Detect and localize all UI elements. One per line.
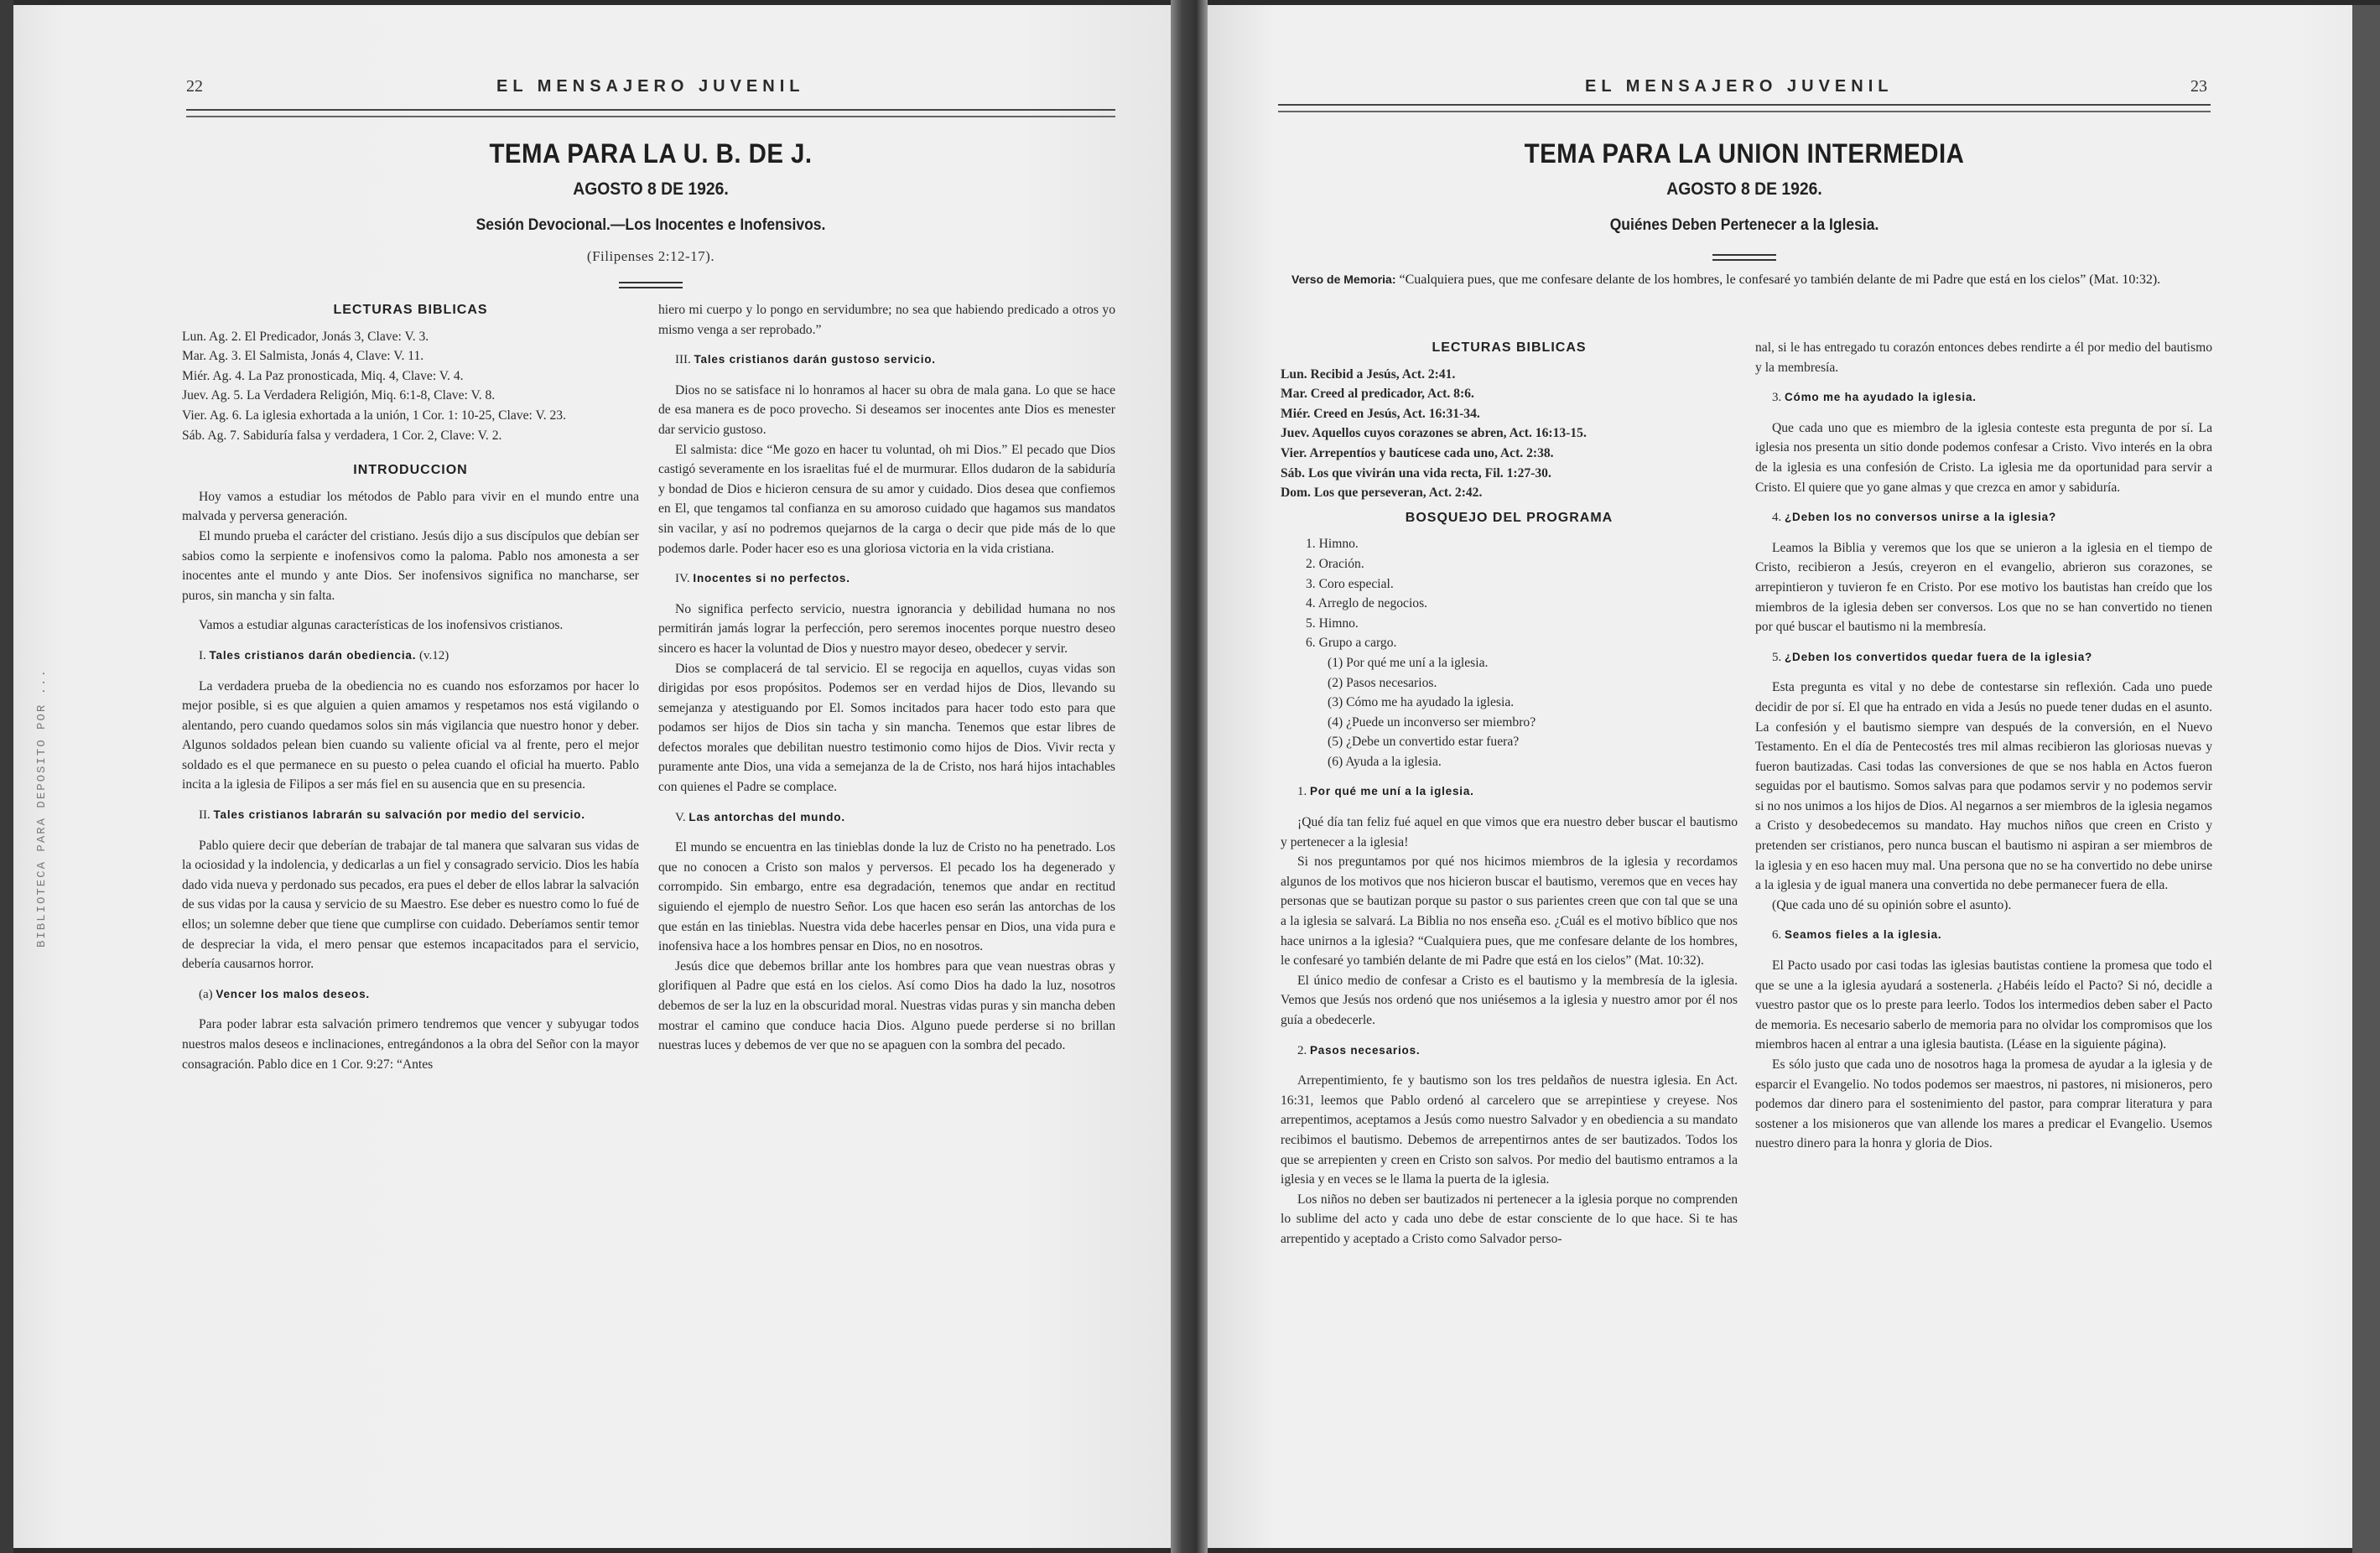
left-page-column-1: LECTURAS BIBLICAS Lun. Ag. 2. El Predica… — [182, 300, 639, 1074]
reading-item: Juev. Aquellos cuyos corazones se abren,… — [1281, 423, 1738, 444]
program-outline: 1. Himno.2. Oración.3. Coro especial.4. … — [1281, 534, 1738, 653]
program-subitem: (5) ¿Debe un convertido estar fuera? — [1328, 732, 1738, 752]
right-page-column-2: nal, si le has entregado tu corazón ento… — [1755, 338, 2212, 1154]
paragraph: Vamos a estudiar algunas características… — [182, 615, 639, 636]
reading-item: Vier. Arrepentíos y bautícese cada uno, … — [1281, 444, 1738, 464]
header-rule-right — [1278, 104, 2211, 112]
subheading: 6. Seamos fieles a la iglesia. — [1755, 925, 2212, 946]
subheading: 2. Pasos necesarios. — [1281, 1041, 1738, 1062]
bible-readings-list: Lun. Recibid a Jesús, Act. 2:41.Mar. Cre… — [1281, 365, 1738, 503]
paragraph: ¡Qué día tan feliz fué aquel en que vimo… — [1281, 813, 1738, 852]
memory-verse-text: “Cualquiera pues, que me confesare delan… — [1400, 273, 2161, 287]
program-sub-outline: (1) Por qué me uní a la iglesia.(2) Paso… — [1281, 653, 1738, 772]
program-item: 3. Coro especial. — [1306, 574, 1738, 595]
subheading: II. Tales cristianos labrarán su salvaci… — [182, 805, 639, 826]
reading-item: Sáb. Los que vivirán una vida recta, Fil… — [1281, 464, 1738, 484]
paragraph: Dios se complacerá de tal servicio. El s… — [658, 659, 1115, 797]
subheading: 1. Por qué me uní a la iglesia. — [1281, 782, 1738, 802]
page-number-right: 23 — [2190, 77, 2207, 96]
reading-item: Miér. Ag. 4. La Paz pronosticada, Miq. 4… — [182, 366, 639, 387]
library-stamp: BIBLIOTECA PARA DEPOSITO POR ... — [35, 377, 52, 948]
reading-item: Vier. Ag. 6. La iglesia exhortada a la u… — [182, 406, 639, 426]
page-number-left: 22 — [186, 77, 203, 96]
paragraph: nal, si le has entregado tu corazón ento… — [1755, 338, 2212, 377]
article-header-right: TEMA PARA LA UNION INTERMEDIA AGOSTO 8 D… — [1278, 138, 2211, 235]
subheading: IV. Inocentes si no perfectos. — [658, 569, 1115, 590]
memory-verse: Verso de Memoria: “Cualquiera pues, que … — [1291, 271, 2201, 288]
magazine-spread: BIBLIOTECA PARA DEPOSITO POR ... 22 EL M… — [0, 0, 2380, 1553]
program-item: 2. Oración. — [1306, 554, 1738, 574]
header-rule-left — [186, 109, 1115, 117]
running-head-right: EL MENSAJERO JUVENIL — [1585, 77, 1893, 96]
subheading: V. Las antorchas del mundo. — [658, 808, 1115, 828]
reading-item: Miér. Creed en Jesús, Act. 16:31-34. — [1281, 404, 1738, 424]
subheading: 3. Cómo me ha ayudado la iglesia. — [1755, 387, 2212, 408]
article-title: TEMA PARA LA U. B. DE J. — [223, 138, 1078, 169]
program-item: 6. Grupo a cargo. — [1306, 633, 1738, 653]
paragraph: El mundo prueba el carácter del cristian… — [182, 527, 639, 605]
paragraph: (Que cada uno dé su opinión sobre el asu… — [1755, 896, 2212, 916]
bible-readings-list: Lun. Ag. 2. El Predicador, Jonás 3, Clav… — [182, 327, 639, 446]
subheading: (a) Vencer los malos deseos. — [182, 984, 639, 1005]
section-heading: LECTURAS BIBLICAS — [182, 300, 639, 320]
paragraph: El único medio de confesar a Cristo es e… — [1281, 971, 1738, 1031]
subheading: I. Tales cristianos darán obediencia. (v… — [182, 646, 639, 667]
reading-item: Dom. Los que perseveran, Act. 2:42. — [1281, 483, 1738, 503]
subheading: III. Tales cristianos darán gustoso serv… — [658, 350, 1115, 371]
book-gutter — [1171, 0, 1208, 1553]
running-head-left: EL MENSAJERO JUVENIL — [496, 77, 804, 96]
paragraph: La verdadera prueba de la obediencia no … — [182, 677, 639, 796]
reading-item: Sáb. Ag. 7. Sabiduría falsa y verdadera,… — [182, 426, 639, 446]
paragraph: El mundo se encuentra en las tinieblas d… — [658, 838, 1115, 957]
program-item: 5. Himno. — [1306, 614, 1738, 634]
reading-item: Mar. Ag. 3. El Salmista, Jonás 4, Clave:… — [182, 346, 639, 366]
article-title: TEMA PARA LA UNION INTERMEDIA — [1315, 138, 2173, 169]
reading-item: Lun. Ag. 2. El Predicador, Jonás 3, Clav… — [182, 327, 639, 347]
program-subitem: (3) Cómo me ha ayudado la iglesia. — [1328, 693, 1738, 713]
article-subtitle: Sesión Devocional.—Los Inocentes e Inofe… — [223, 216, 1078, 235]
section-heading: LECTURAS BIBLICAS — [1281, 338, 1738, 358]
right-page-column-1: LECTURAS BIBLICAS Lun. Recibid a Jesús, … — [1281, 338, 1738, 1249]
program-subitem: (1) Por qué me uní a la iglesia. — [1328, 653, 1738, 673]
section-heading: INTRODUCCION — [182, 460, 639, 480]
section-heading: BOSQUEJO DEL PROGRAMA — [1281, 508, 1738, 528]
subheading: 5. ¿Deben los convertidos quedar fuera d… — [1755, 647, 2212, 668]
paragraph: hiero mi cuerpo y lo pongo en servidumbr… — [658, 300, 1115, 340]
paragraph: Pablo quiere decir que deberían de traba… — [182, 836, 639, 974]
paragraph: Que cada uno que es miembro de la iglesi… — [1755, 418, 2212, 497]
ornament-rule-right — [1712, 254, 1776, 261]
ornament-rule-left — [619, 282, 683, 288]
paragraph: Hoy vamos a estudiar los métodos de Pabl… — [182, 487, 639, 527]
paragraph: El Pacto usado por casi todas las iglesi… — [1755, 956, 2212, 1055]
left-page-column-2: hiero mi cuerpo y lo pongo en servidumbr… — [658, 300, 1115, 1056]
reading-item: Lun. Recibid a Jesús, Act. 2:41. — [1281, 365, 1738, 385]
paragraph: Arrepentimiento, fe y bautismo son los t… — [1281, 1071, 1738, 1190]
article-header-left: TEMA PARA LA U. B. DE J. AGOSTO 8 DE 192… — [186, 138, 1115, 265]
program-item: 1. Himno. — [1306, 534, 1738, 554]
book-edge-right — [2352, 5, 2380, 1553]
book-edge-left — [0, 0, 13, 1553]
program-subitem: (4) ¿Puede un inconverso ser miembro? — [1328, 713, 1738, 733]
article-date: AGOSTO 8 DE 1926. — [223, 179, 1078, 200]
paragraph: Los niños no deben ser bautizados ni per… — [1281, 1190, 1738, 1249]
program-item: 4. Arreglo de negocios. — [1306, 594, 1738, 614]
paragraph: Dios no se satisface ni lo honramos al h… — [658, 381, 1115, 440]
reading-item: Mar. Creed al predicador, Act. 8:6. — [1281, 384, 1738, 404]
paragraph: Esta pregunta es vital y no debe de cont… — [1755, 678, 2212, 896]
paragraph: Si nos preguntamos por qué nos hicimos m… — [1281, 852, 1738, 971]
paragraph: No significa perfecto servicio, nuestra … — [658, 600, 1115, 659]
paragraph: El salmista: dice “Me gozo en hacer tu v… — [658, 440, 1115, 559]
memory-verse-label: Verso de Memoria: — [1291, 273, 1396, 286]
scripture-reference: (Filipenses 2:12-17). — [186, 248, 1115, 265]
paragraph: Jesús dice que debemos brillar ante los … — [658, 957, 1115, 1056]
subheading: 4. ¿Deben los no conversos unirse a la i… — [1755, 507, 2212, 528]
article-date: AGOSTO 8 DE 1926. — [1315, 179, 2173, 200]
program-subitem: (2) Pasos necesarios. — [1328, 673, 1738, 693]
paragraph: Es sólo justo que cada uno de nosotros h… — [1755, 1055, 2212, 1154]
article-subtitle: Quiénes Deben Pertenecer a la Iglesia. — [1315, 216, 2173, 235]
paragraph: Leamos la Biblia y veremos que los que s… — [1755, 538, 2212, 637]
paragraph: Para poder labrar esta salvación primero… — [182, 1015, 639, 1074]
program-subitem: (6) Ayuda a la iglesia. — [1328, 752, 1738, 772]
reading-item: Juev. Ag. 5. La Verdadera Religión, Miq.… — [182, 386, 639, 406]
